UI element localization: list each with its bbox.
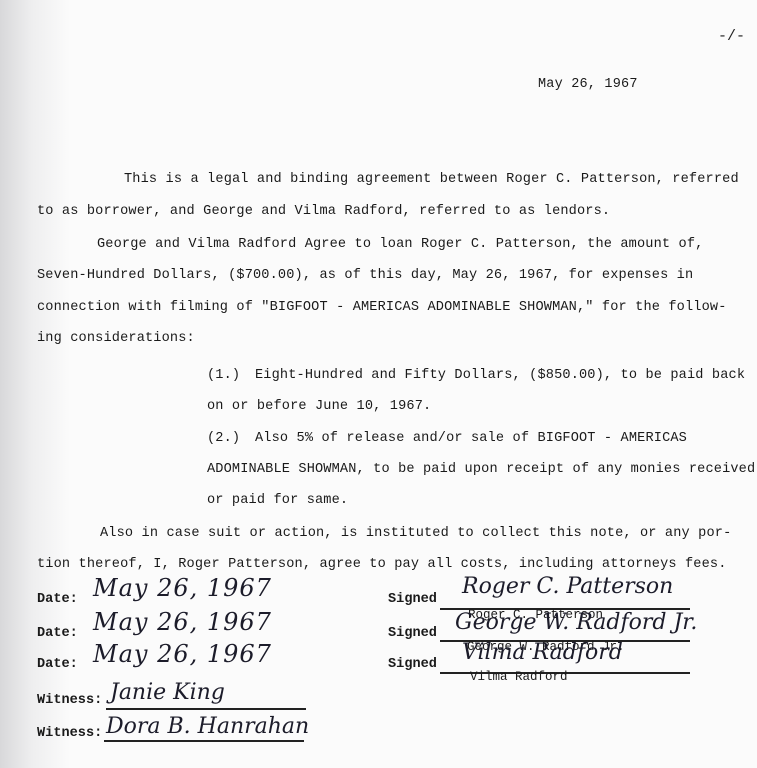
consideration-number: (1.) [207,368,240,383]
consideration-text: Eight-Hundred and Fifty Dollars, ($850.0… [255,368,745,383]
handwritten-date: May 26, 1967 [93,608,272,636]
date-label: Date: [37,657,78,672]
witness-label: Witness: [37,726,102,741]
consideration-text: Also 5% of release and/or sale of BIGFOO… [255,431,687,446]
body-line: This is a legal and binding agreement be… [124,172,739,187]
handwritten-date: May 26, 1967 [93,574,272,602]
consideration-text: ADOMINABLE SHOWMAN, to be paid upon rece… [207,462,755,477]
printed-name: Vilma Radford [470,670,568,684]
costs-clause-line: Also in case suit or action, is institut… [100,526,731,541]
consideration-text: or paid for same. [207,493,348,508]
page-number: -/- [718,28,745,45]
document-date: May 26, 1967 [538,77,638,92]
handwritten-date: May 26, 1967 [93,640,272,668]
costs-clause-line: tion thereof, I, Roger Patterson, agree … [37,557,727,572]
witness-signature: Dora B. Hanrahan [106,714,309,739]
consideration-number: (2.) [207,431,240,446]
signed-label: Signed [388,626,437,641]
date-label: Date: [37,592,78,607]
witness-signature-line [104,740,304,742]
body-line: George and Vilma Radford Agree to loan R… [97,237,703,252]
witness-label: Witness: [37,693,102,708]
body-line: Seven-Hundred Dollars, ($700.00), as of … [37,268,693,283]
signature-vilma-radford: Vilma Radford [462,640,623,665]
signature-patterson: Roger C. Patterson [462,574,673,599]
body-line: to as borrower, and George and Vilma Rad… [37,204,610,219]
body-line: ing considerations: [37,331,195,346]
date-label: Date: [37,626,78,641]
signed-label: Signed [388,592,437,607]
signature-george-radford: George W. Radford Jr. [455,610,697,635]
body-line: connection with filming of "BIGFOOT - AM… [37,300,727,315]
witness-signature-line [106,708,306,710]
witness-signature: Janie King [110,680,225,705]
consideration-text: on or before June 10, 1967. [207,399,431,414]
signed-label: Signed [388,657,437,672]
scan-edge-shadow [0,0,70,768]
